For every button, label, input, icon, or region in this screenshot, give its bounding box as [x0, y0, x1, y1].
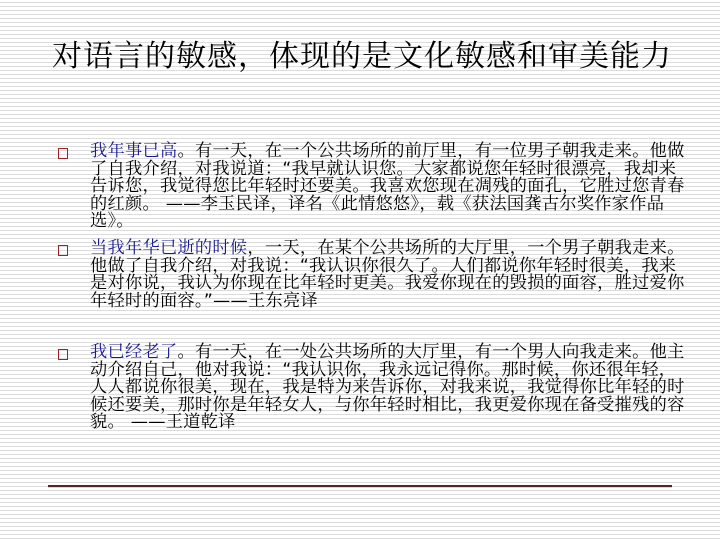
- bullet-item: 我已经老了。有一天，在一处公共场所的大厅里，有一个男人向我走来。他主动介绍自己，…: [90, 344, 685, 432]
- square-bullet-icon: [58, 245, 68, 256]
- footer-divider: [48, 485, 672, 487]
- square-bullet-icon: [58, 148, 68, 159]
- bullet-text: 。有一天，在一个公共场所的前厅里，有一位男子朝我走来。他做了自我介绍，对我说道：…: [90, 141, 685, 231]
- bullet-text: 。有一天，在一处公共场所的大厅里，有一个男人向我走来。他主动介绍自己，他对我说：…: [90, 342, 685, 432]
- bullet-item: 我年事已高。有一天，在一个公共场所的前厅里，有一位男子朝我走来。他做了自我介绍，…: [90, 143, 685, 231]
- square-bullet-icon: [58, 349, 68, 360]
- bullet-item: 当我年华已逝的时候，一天，在某个公共场所的大厅里，一个男子朝我走来。他做了自我介…: [90, 240, 685, 310]
- bullet-list: 我年事已高。有一天，在一个公共场所的前厅里，有一位男子朝我走来。他做了自我介绍，…: [0, 0, 720, 540]
